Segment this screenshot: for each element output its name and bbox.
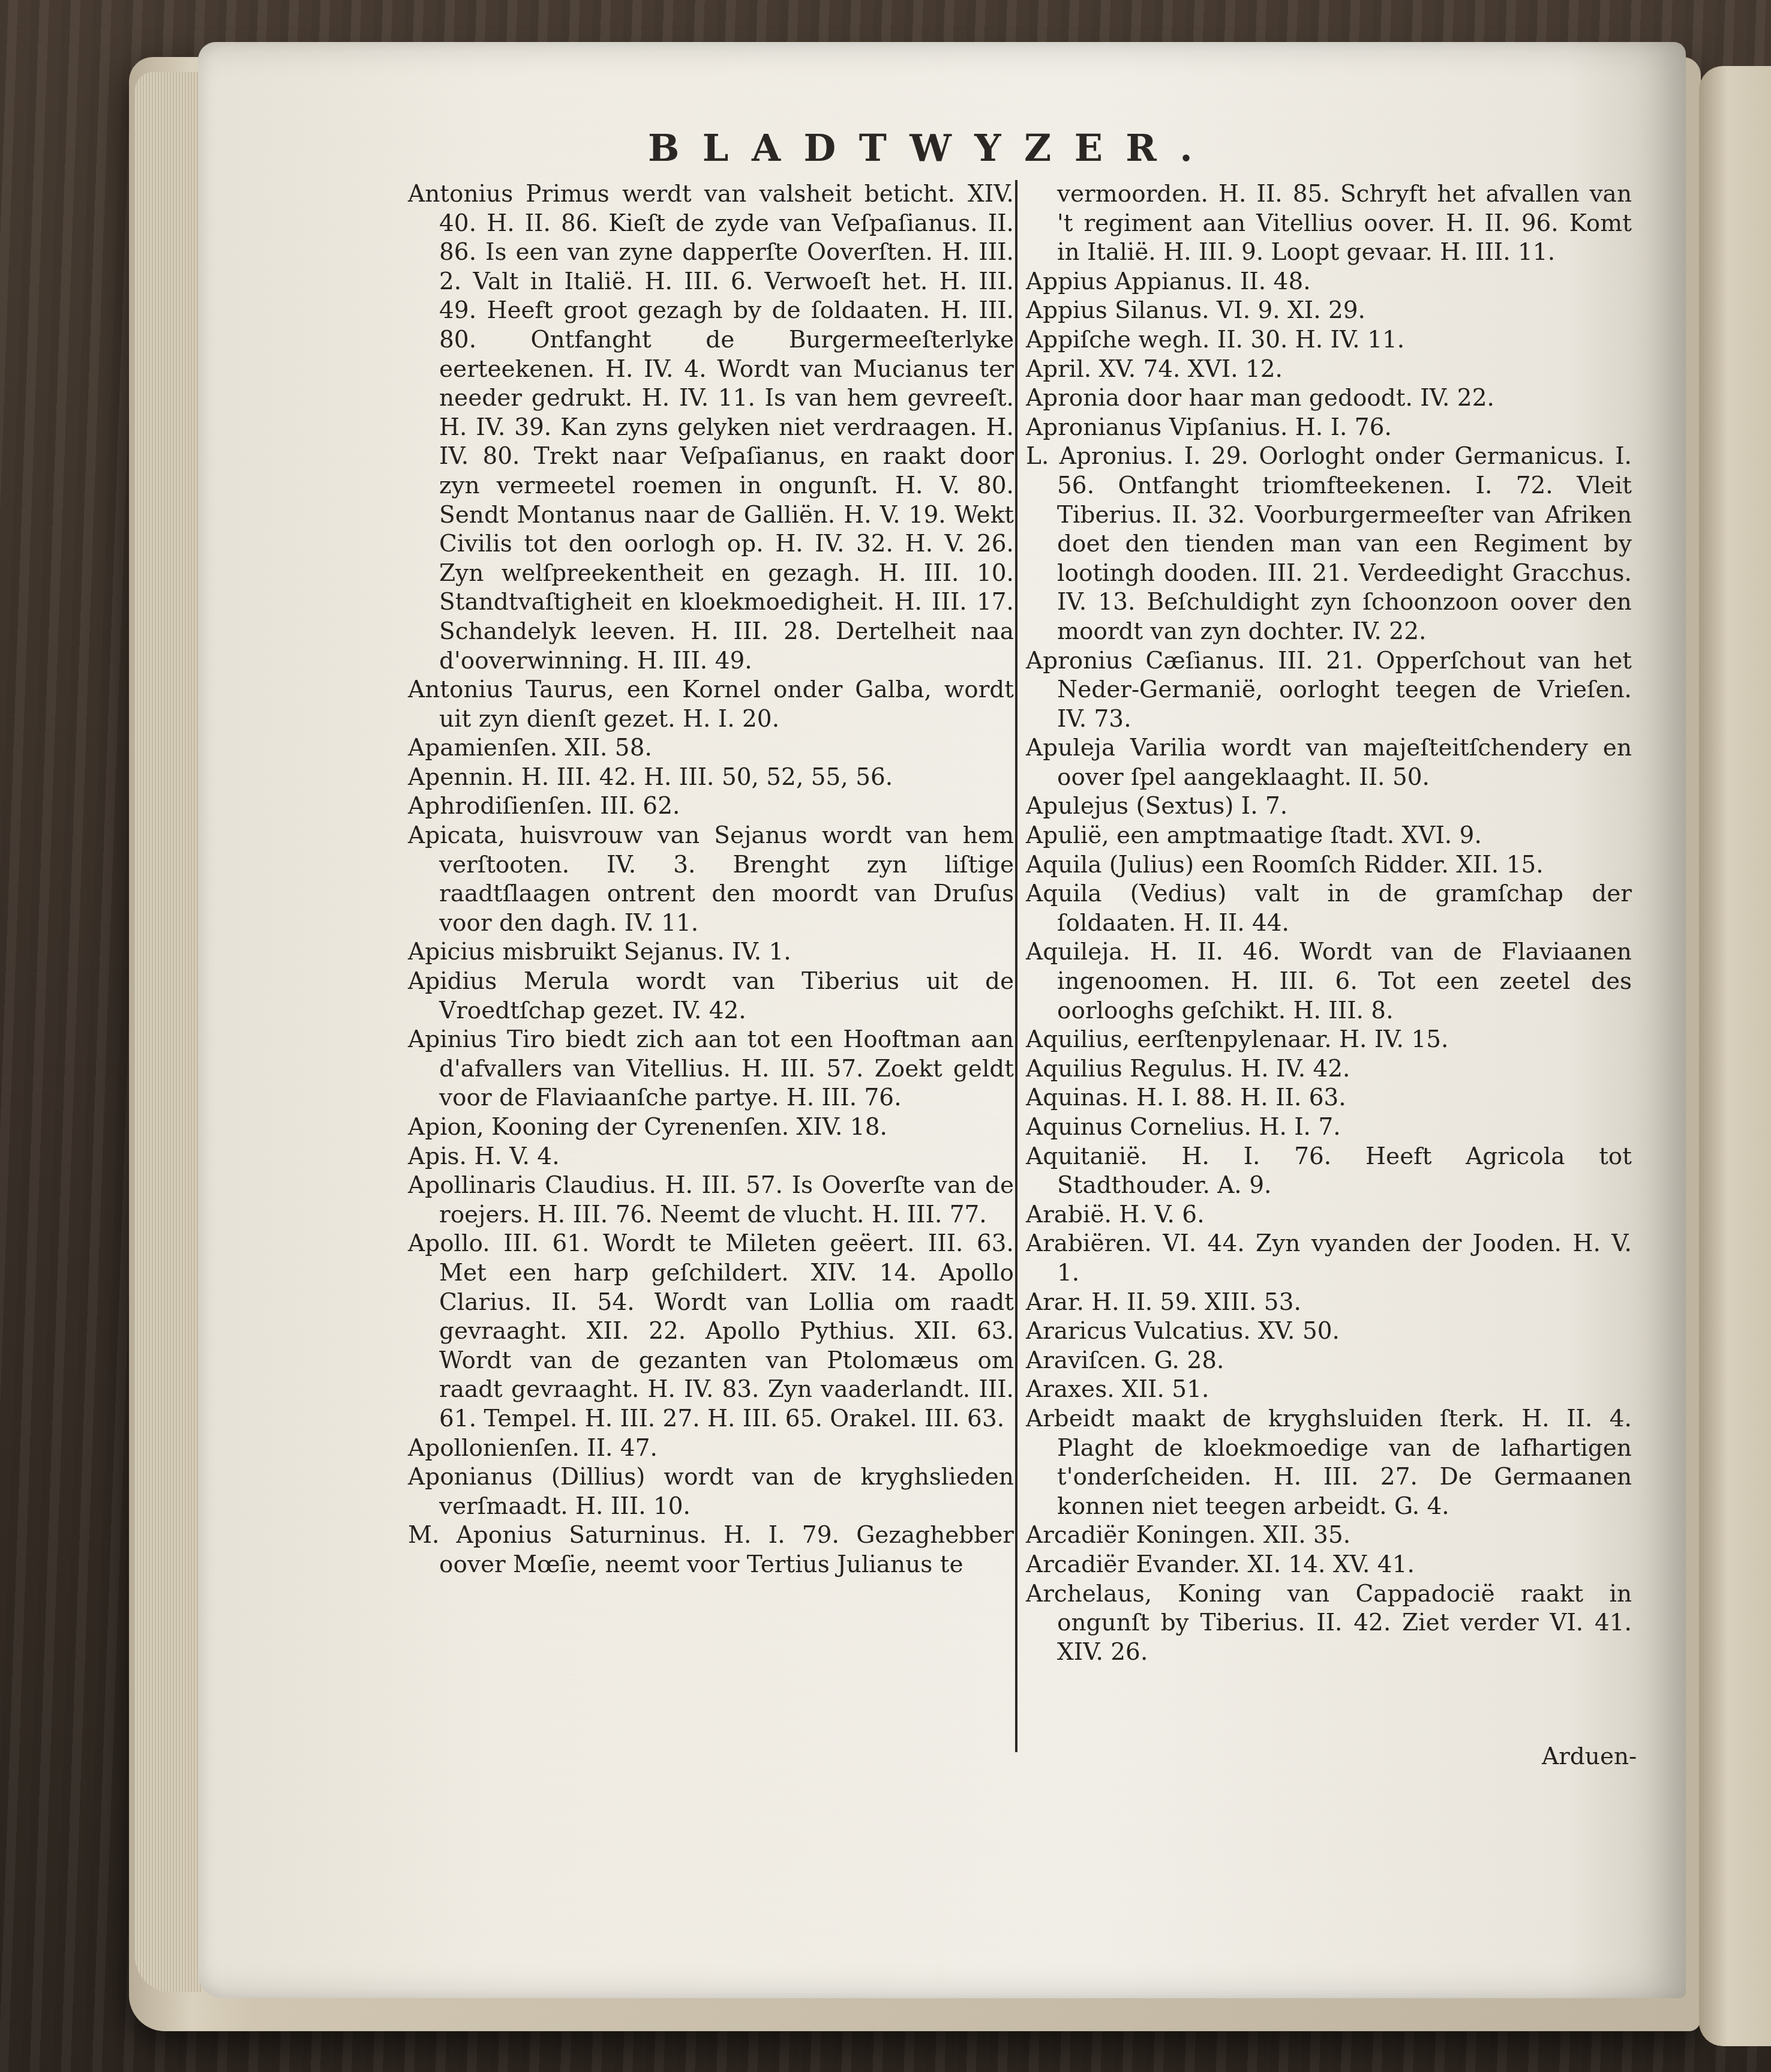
index-entry: Appiſche wegh. II. 30. H. IV. 11. <box>1026 326 1632 355</box>
index-entry: Apulië, een amptmaatige ſtadt. XVI. 9. <box>1026 821 1632 851</box>
facing-page-edge <box>1699 66 1771 2046</box>
index-entry: Apion, Kooning der Cyrenenſen. XIV. 18. <box>408 1113 1014 1143</box>
index-entry: Araxes. XII. 51. <box>1026 1375 1632 1405</box>
index-entry: Apollinaris Claudius. H. III. 57. Is Oov… <box>408 1171 1014 1230</box>
index-entry: Aphrodiſienſen. III. 62. <box>408 792 1014 821</box>
index-entry: Araricus Vulcatius. XV. 50. <box>1026 1317 1632 1347</box>
index-entry: Antonius Taurus, een Kornel onder Galba,… <box>408 676 1014 734</box>
index-entry: Apronianus Vipſanius. H. I. 76. <box>1026 413 1632 443</box>
index-entry: Aquilius Regulus. H. IV. 42. <box>1026 1055 1632 1084</box>
page-edges <box>135 72 201 1992</box>
index-entry: Aquileja. H. II. 46. Wordt van de Flavia… <box>1026 938 1632 1025</box>
index-entry: Apuleja Varilia wordt van majeſteitſchen… <box>1026 734 1632 792</box>
index-entry: Aquila (Vedius) valt in de gramſchap der… <box>1026 880 1632 938</box>
index-entry: Apis. H. V. 4. <box>408 1143 1014 1172</box>
catchword: Arduen- <box>1542 1743 1637 1770</box>
index-entry: Apinius Tiro biedt zich aan tot een Hoof… <box>408 1025 1014 1113</box>
index-entry: Apicata, huisvrouw van Sejanus wordt van… <box>408 821 1014 938</box>
index-entry: Apulejus (Sextus) I. 7. <box>1026 792 1632 821</box>
index-column-right: vermoorden. H. II. 85. Schryft het afval… <box>1026 180 1632 1667</box>
index-entry: Aquitanië. H. I. 76. Heeft Agricola tot … <box>1026 1143 1632 1201</box>
column-rule <box>1015 180 1017 1752</box>
index-entry: Arabiëren. VI. 44. Zyn vyanden der Joode… <box>1026 1230 1632 1288</box>
index-entry: Apicius misbruikt Sejanus. IV. 1. <box>408 938 1014 967</box>
index-entry: Apamienſen. XII. 58. <box>408 734 1014 763</box>
index-entry: Aquila (Julius) een Roomſch Ridder. XII.… <box>1026 851 1632 880</box>
index-entry: Appius Appianus. II. 48. <box>1026 268 1632 297</box>
index-entry: Apronius Cæſianus. III. 21. Opperſchout … <box>1026 647 1632 734</box>
index-entry: Aquilius, eerſtenpylenaar. H. IV. 15. <box>1026 1025 1632 1055</box>
index-entry: L. Apronius. I. 29. Oorloght onder Germa… <box>1026 442 1632 646</box>
index-entry: Arcadiër Evander. XI. 14. XV. 41. <box>1026 1551 1632 1580</box>
index-entry-continued: vermoorden. H. II. 85. Schryft het afval… <box>1026 180 1632 268</box>
index-entry: Aquinas. H. I. 88. H. II. 63. <box>1026 1084 1632 1113</box>
index-entry: Apennin. H. III. 42. H. III. 50, 52, 55,… <box>408 763 1014 793</box>
index-entry: Arar. H. II. 59. XIII. 53. <box>1026 1288 1632 1318</box>
index-entry: M. Aponius Saturninus. H. I. 79. Gezaghe… <box>408 1521 1014 1579</box>
index-entry: Aquinus Cornelius. H. I. 7. <box>1026 1113 1632 1143</box>
index-entry: Apollo. III. 61. Wordt te Mileten geëert… <box>408 1230 1014 1434</box>
index-entry: Archelaus, Koning van Cappadocië raakt i… <box>1026 1580 1632 1668</box>
index-entry: Antonius Primus werdt van valsheit betic… <box>408 180 1014 676</box>
index-entry: Aponianus (Dillius) wordt van de kryghsl… <box>408 1463 1014 1521</box>
index-entry: April. XV. 74. XVI. 12. <box>1026 355 1632 385</box>
index-entry: Apollonienſen. II. 47. <box>408 1434 1014 1464</box>
running-head: BLADTWYZER. <box>648 126 1215 170</box>
index-entry: Arabië. H. V. 6. <box>1026 1201 1632 1230</box>
index-column-left: Antonius Primus werdt van valsheit betic… <box>408 180 1014 1580</box>
index-entry: Appius Silanus. VI. 9. XI. 29. <box>1026 296 1632 326</box>
index-entry: Apidius Merula wordt van Tiberius uit de… <box>408 967 1014 1025</box>
index-entry: Arcadiër Koningen. XII. 35. <box>1026 1521 1632 1551</box>
index-entry: Araviſcen. G. 28. <box>1026 1347 1632 1376</box>
index-entry: Arbeidt maakt de kryghsluiden ſterk. H. … <box>1026 1405 1632 1521</box>
index-entry: Apronia door haar man gedoodt. IV. 22. <box>1026 384 1632 413</box>
